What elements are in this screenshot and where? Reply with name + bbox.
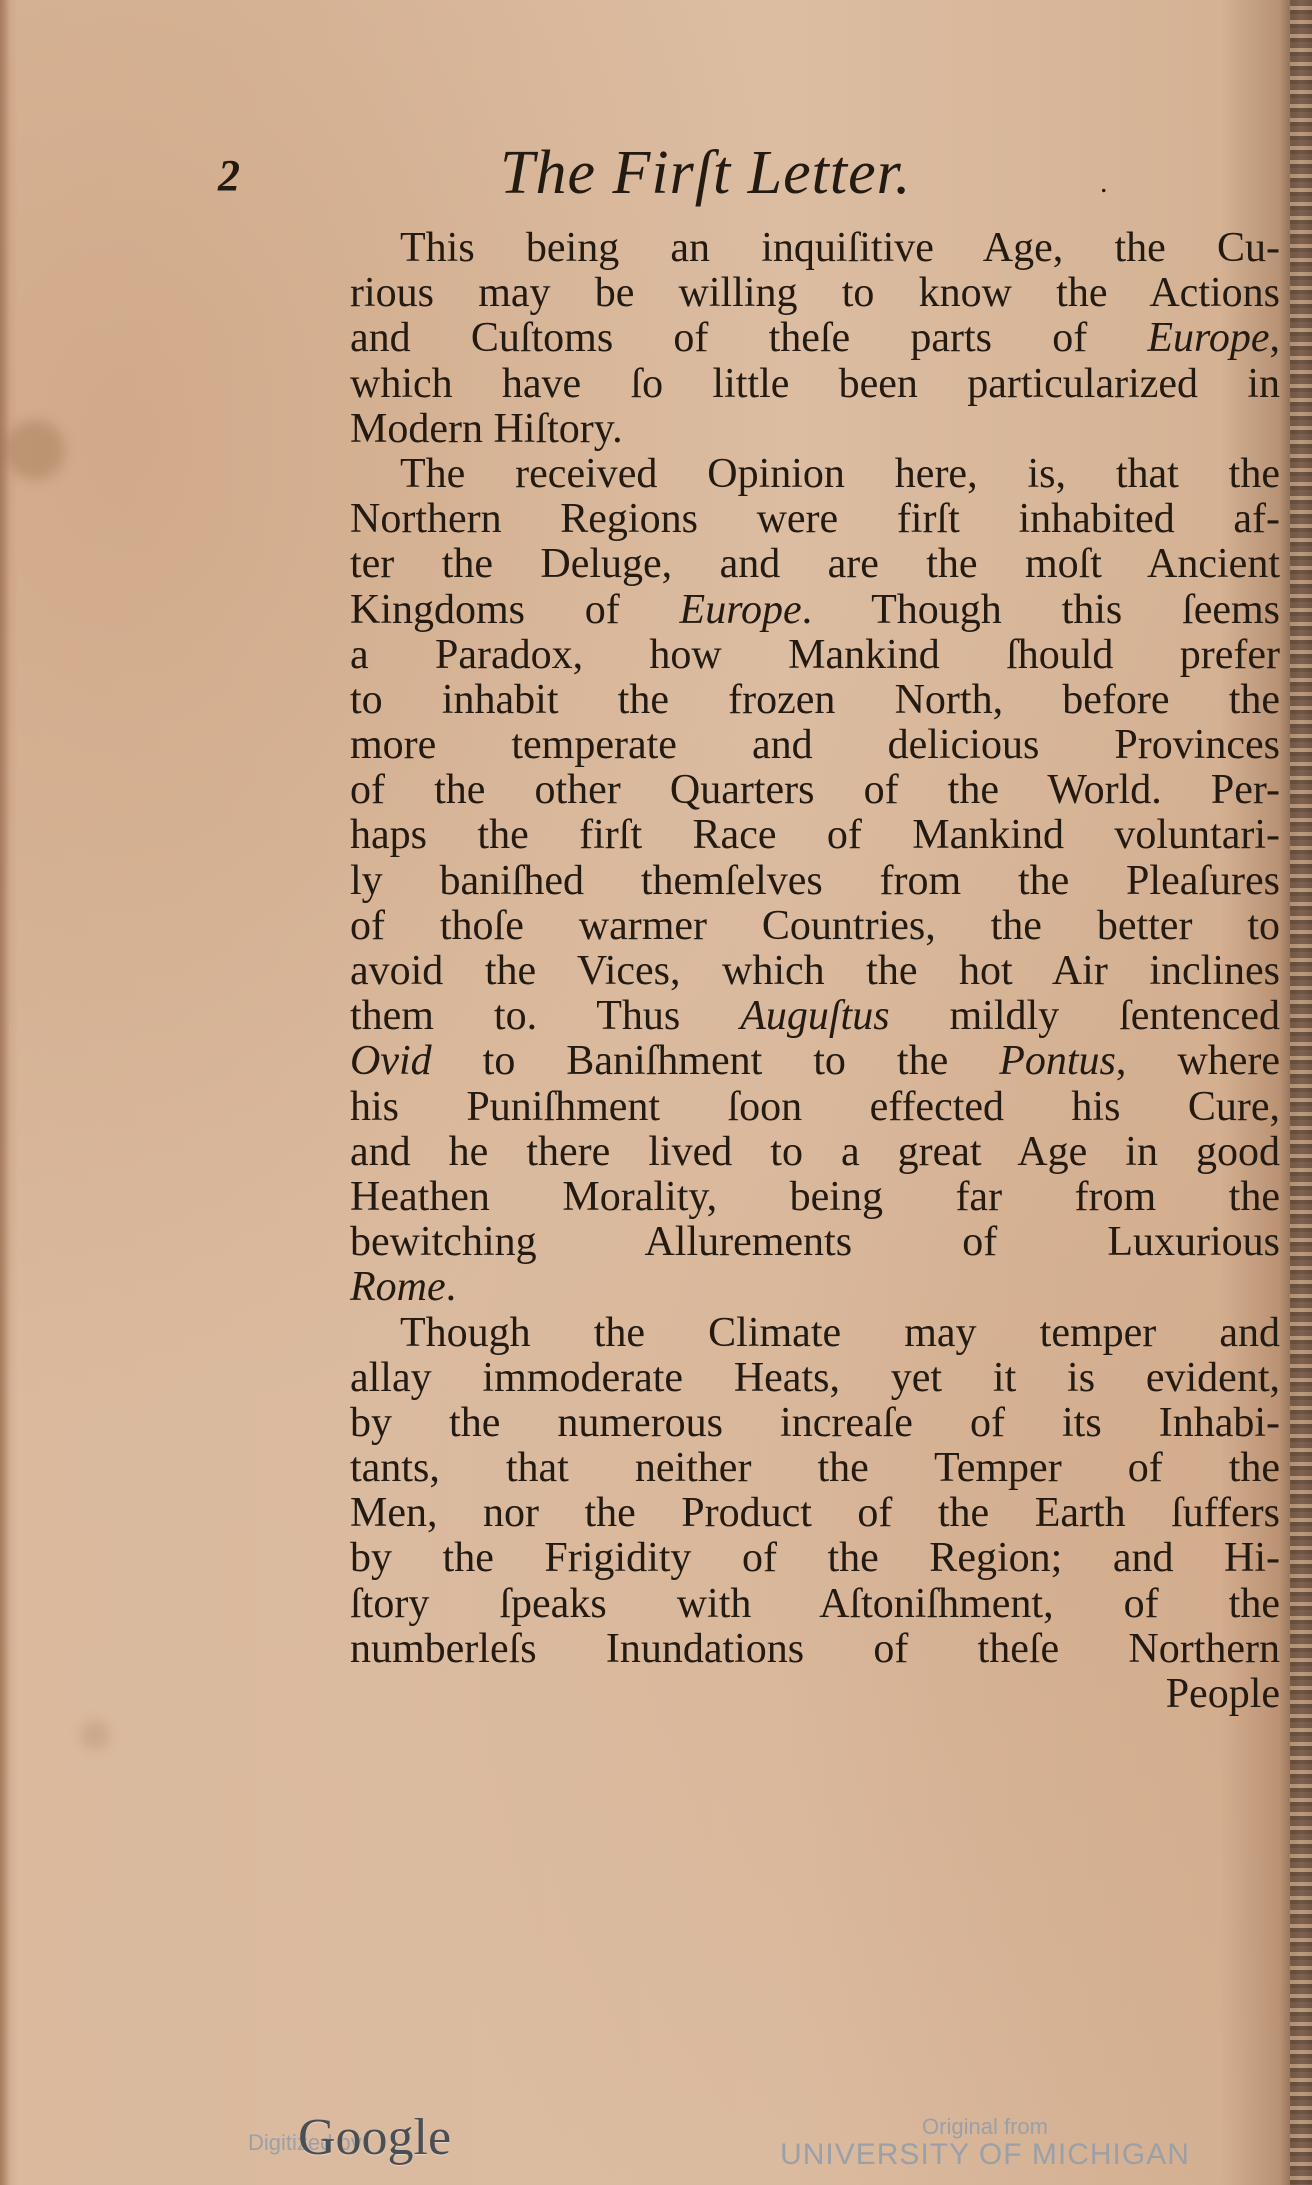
italic-word: Auguſtus <box>740 993 889 1039</box>
page-left-edge <box>0 0 10 2185</box>
original-from-label: Original from <box>735 2114 1235 2140</box>
text-segment: Kingdoms of <box>350 587 680 633</box>
page-number: 2 <box>218 150 240 201</box>
book-page: 2 The Firſt Letter. . This being an inqu… <box>0 0 1312 2185</box>
page-binding-edge <box>1290 0 1312 2185</box>
text-line: numberleſs Inundations of theſe Northern <box>350 1627 1280 1672</box>
text-line: more temperate and delicious Provinces <box>350 723 1280 768</box>
text-segment: . <box>446 1264 457 1310</box>
text-line: ter the Deluge, and are the moſt Ancient <box>350 542 1280 587</box>
text-line: a Paradox, how Mankind ſhould prefer <box>350 633 1280 678</box>
text-line: by the Frigidity of the Region; and Hi- <box>350 1536 1280 1581</box>
text-line: to inhabit the frozen North, before the <box>350 678 1280 723</box>
text-line: bewitching Allurements of Luxurious <box>350 1220 1280 1265</box>
text-line: by the numerous increaſe of its Inhabi- <box>350 1401 1280 1446</box>
text-segment: , where <box>1116 1038 1280 1084</box>
text-line: ſtory ſpeaks with Aſtoniſhment, of the <box>350 1582 1280 1627</box>
google-logo: Google <box>298 2108 451 2167</box>
text-line: his Puniſhment ſoon effected his Cure, <box>350 1085 1280 1130</box>
text-line: and Cuſtoms of theſe parts of Europe, <box>350 316 1280 361</box>
text-line: Kingdoms of Europe. Though this ſeems <box>350 588 1280 633</box>
catchword: People <box>350 1672 1280 1717</box>
italic-word: Ovid <box>350 1038 432 1084</box>
text-line: of thoſe warmer Countries, the better to <box>350 904 1280 949</box>
text-line: Ovid to Baniſhment to the Pontus, where <box>350 1039 1280 1084</box>
text-line: avoid the Vices, which the hot Air incli… <box>350 949 1280 994</box>
text-line: This being an inquiſitive Age, the Cu- <box>350 226 1280 271</box>
text-line: allay immoderate Heats, yet it is eviden… <box>350 1356 1280 1401</box>
text-line: rious may be willing to know the Actions <box>350 271 1280 316</box>
text-line: Heathen Morality, being far from the <box>350 1175 1280 1220</box>
text-line: The received Opinion here, is, that the <box>350 452 1280 497</box>
text-segment: to Baniſhment to the <box>432 1038 1000 1084</box>
text-line: of the other Quarters of the World. Per- <box>350 768 1280 813</box>
text-segment: mildly ſentenced <box>890 993 1280 1039</box>
text-line: and he there lived to a great Age in goo… <box>350 1130 1280 1175</box>
running-title: The Firſt Letter. <box>500 138 911 209</box>
text-line: ly baniſhed themſelves from the Pleaſure… <box>350 859 1280 904</box>
text-line: Rome. <box>350 1265 1280 1310</box>
text-segment: , <box>1270 315 1281 361</box>
text-line: Northern Regions were firſt inhabited af… <box>350 497 1280 542</box>
paper-stain <box>80 1720 110 1750</box>
italic-word: Rome <box>350 1264 446 1310</box>
digitization-watermark: Digitized by Google Original from UNIVER… <box>0 2100 1312 2185</box>
italic-word: Europe <box>680 587 802 633</box>
paper-stain <box>5 420 65 480</box>
text-line: which have ſo little been particularized… <box>350 362 1280 407</box>
page-header: 2 The Firſt Letter. . <box>0 138 1312 208</box>
body-text: This being an inquiſitive Age, the Cu- r… <box>350 226 1290 1717</box>
text-line: Modern Hiſtory. <box>350 407 1280 452</box>
text-line: Though the Climate may temper and <box>350 1311 1280 1356</box>
text-segment: them to. Thus <box>350 993 740 1039</box>
italic-word: Europe <box>1147 315 1269 361</box>
text-line: Men, nor the Product of the Earth ſuffer… <box>350 1491 1280 1536</box>
italic-word: Pontus <box>999 1038 1116 1084</box>
text-segment: . Though this ſeems <box>802 587 1280 633</box>
text-line: tants, that neither the Temper of the <box>350 1446 1280 1491</box>
header-ornament: . <box>1100 166 1108 200</box>
text-segment: and Cuſtoms of theſe parts of <box>350 315 1147 361</box>
text-line: them to. Thus Auguſtus mildly ſentenced <box>350 994 1280 1039</box>
text-line: haps the firſt Race of Mankind voluntari… <box>350 813 1280 858</box>
institution-name: UNIVERSITY OF MICHIGAN <box>735 2138 1235 2172</box>
